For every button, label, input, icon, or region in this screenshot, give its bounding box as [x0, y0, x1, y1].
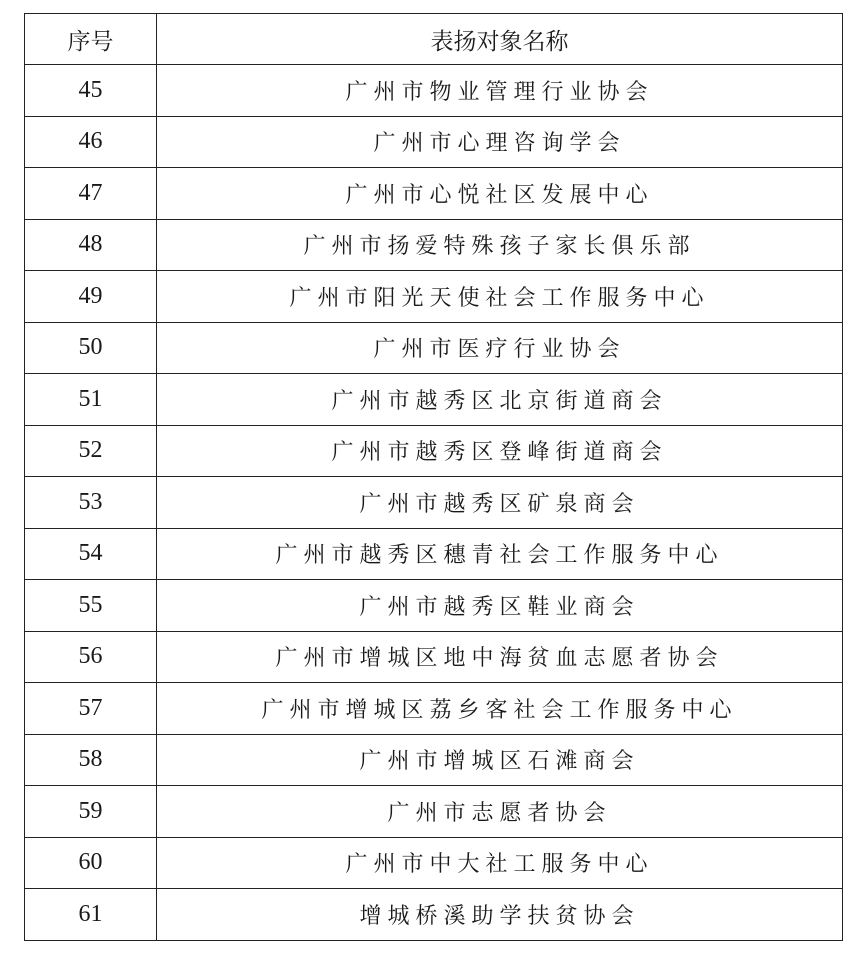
header-index: 序号 — [25, 14, 157, 65]
row-name: 广州市越秀区矿泉商会 — [157, 477, 843, 529]
row-index: 48 — [25, 219, 157, 271]
row-index: 50 — [25, 322, 157, 374]
table-row: 48广州市扬爱特殊孩子家长俱乐部 — [25, 219, 843, 271]
row-index: 57 — [25, 683, 157, 735]
row-index: 61 — [25, 889, 157, 941]
row-index: 58 — [25, 734, 157, 786]
row-name: 广州市中大社工服务中心 — [157, 837, 843, 889]
row-name: 广州市越秀区鞋业商会 — [157, 580, 843, 632]
row-name: 广州市增城区石滩商会 — [157, 734, 843, 786]
row-index: 52 — [25, 425, 157, 477]
table-row: 57广州市增城区荔乡客社会工作服务中心 — [25, 683, 843, 735]
table-row: 52广州市越秀区登峰街道商会 — [25, 425, 843, 477]
row-index: 60 — [25, 837, 157, 889]
table-row: 51广州市越秀区北京街道商会 — [25, 374, 843, 426]
row-name: 广州市增城区地中海贫血志愿者协会 — [157, 631, 843, 683]
table-header-row: 序号 表扬对象名称 — [25, 14, 843, 65]
table-row: 47广州市心悦社区发展中心 — [25, 168, 843, 220]
table-row: 56广州市增城区地中海贫血志愿者协会 — [25, 631, 843, 683]
row-index: 46 — [25, 116, 157, 168]
row-name: 广州市心理咨询学会 — [157, 116, 843, 168]
table-row: 49广州市阳光天使社会工作服务中心 — [25, 271, 843, 323]
row-name: 广州市心悦社区发展中心 — [157, 168, 843, 220]
table-row: 55广州市越秀区鞋业商会 — [25, 580, 843, 632]
table-row: 58广州市增城区石滩商会 — [25, 734, 843, 786]
table-row: 59广州市志愿者协会 — [25, 786, 843, 838]
table-row: 61增城桥溪助学扶贫协会 — [25, 889, 843, 941]
row-index: 56 — [25, 631, 157, 683]
row-name: 广州市扬爱特殊孩子家长俱乐部 — [157, 219, 843, 271]
row-name: 广州市越秀区北京街道商会 — [157, 374, 843, 426]
commendation-table: 序号 表扬对象名称 45广州市物业管理行业协会46广州市心理咨询学会47广州市心… — [24, 13, 843, 941]
table-row: 46广州市心理咨询学会 — [25, 116, 843, 168]
row-name: 广州市物业管理行业协会 — [157, 65, 843, 117]
row-index: 49 — [25, 271, 157, 323]
table-row: 53广州市越秀区矿泉商会 — [25, 477, 843, 529]
row-name: 广州市阳光天使社会工作服务中心 — [157, 271, 843, 323]
table-row: 60广州市中大社工服务中心 — [25, 837, 843, 889]
table-row: 50广州市医疗行业协会 — [25, 322, 843, 374]
row-name: 广州市越秀区登峰街道商会 — [157, 425, 843, 477]
row-index: 55 — [25, 580, 157, 632]
row-index: 51 — [25, 374, 157, 426]
row-name: 广州市医疗行业协会 — [157, 322, 843, 374]
row-index: 54 — [25, 528, 157, 580]
row-index: 47 — [25, 168, 157, 220]
header-name: 表扬对象名称 — [157, 14, 843, 65]
row-name: 增城桥溪助学扶贫协会 — [157, 889, 843, 941]
row-index: 53 — [25, 477, 157, 529]
row-index: 59 — [25, 786, 157, 838]
row-name: 广州市越秀区穗青社会工作服务中心 — [157, 528, 843, 580]
row-name: 广州市志愿者协会 — [157, 786, 843, 838]
table-row: 45广州市物业管理行业协会 — [25, 65, 843, 117]
row-index: 45 — [25, 65, 157, 117]
row-name: 广州市增城区荔乡客社会工作服务中心 — [157, 683, 843, 735]
table-row: 54广州市越秀区穗青社会工作服务中心 — [25, 528, 843, 580]
